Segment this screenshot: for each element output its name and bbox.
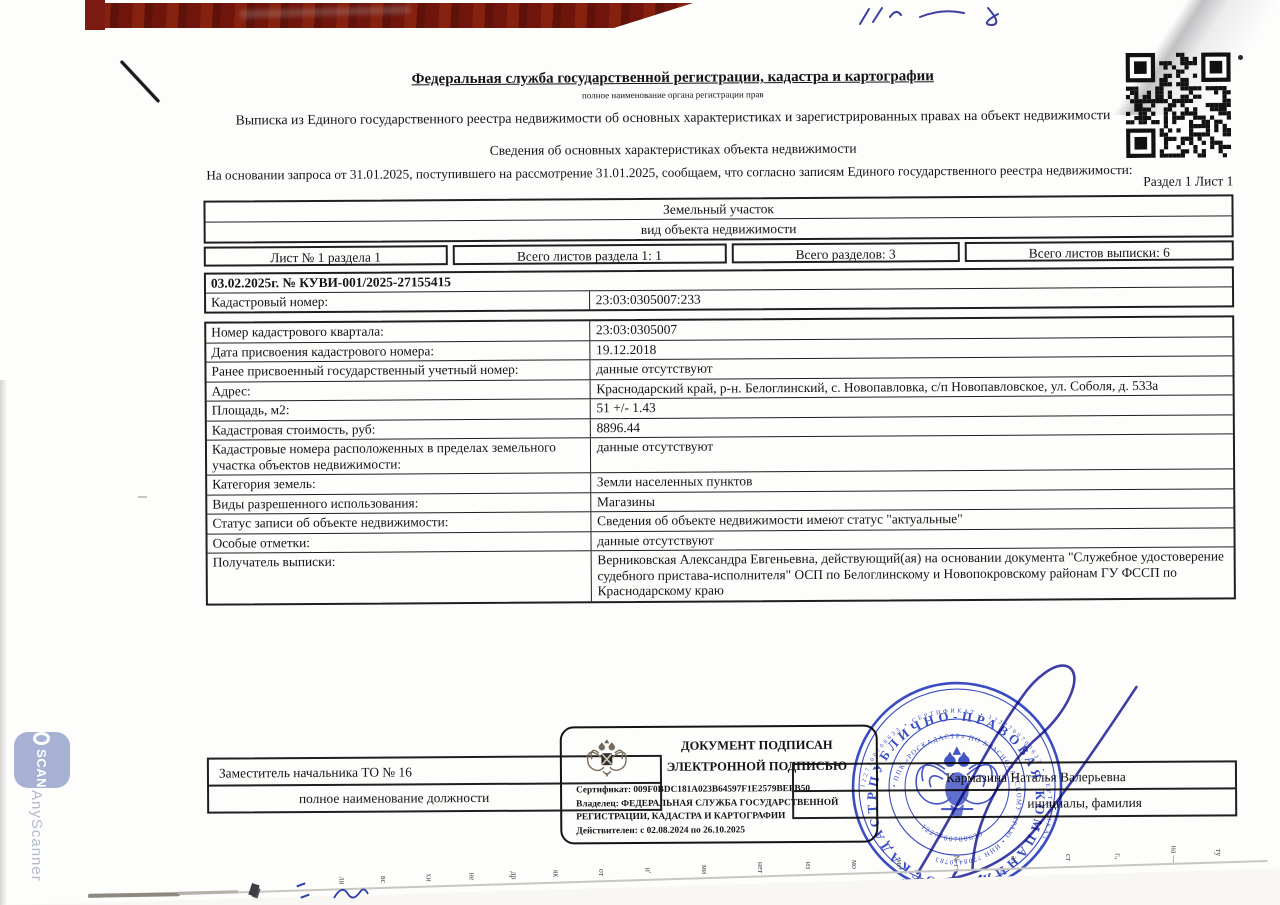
object-type-table: Земельный участок вид объекта недвижимос… xyxy=(203,194,1233,243)
agency-caption: полное наименование органа регистрации п… xyxy=(208,87,1138,103)
detail-label: Кадастровые номера расположенных в преде… xyxy=(207,438,591,474)
page-edge-text-fragment: вс xyxy=(379,876,388,883)
detail-label: Получатель выписки: xyxy=(208,551,592,603)
camera-ring-icon xyxy=(34,732,51,745)
detail-value: Земли населенных пунктов xyxy=(591,469,1233,491)
detail-value: 19.12.2018 xyxy=(590,337,1232,359)
page-edge-text-fragment: мо xyxy=(850,860,859,869)
sheet-info-cell: Лист № 1 раздела 1 xyxy=(204,245,448,266)
detail-label: Ранее присвоенный государственный учетны… xyxy=(206,360,590,381)
esign-validity: Действителен: с 02.08.2024 по 26.10.2025 xyxy=(576,824,868,839)
detail-value: Сведения об объекте недвижимости имеют с… xyxy=(591,508,1233,530)
detail-value: 23:03:0305007 xyxy=(590,317,1232,339)
sheet-info-cell: Всего разделов: 3 xyxy=(731,242,960,263)
anyscanner-logo-icon: SCAN xyxy=(14,732,70,788)
detail-label: Площадь, м2: xyxy=(207,399,591,420)
position-caption: полное наименование должности xyxy=(209,784,579,811)
document-subtitle: Сведения об основных характеристиках объ… xyxy=(208,139,1138,161)
page-edge-text-fragment: як xyxy=(551,870,560,878)
detail-value: Верниковская Александра Евгеньевна, дейс… xyxy=(591,547,1234,600)
esign-line1: ДОКУМЕНТ ПОДПИСАН xyxy=(652,738,862,754)
underlying-pages-edge: лявсхинедрякоти'минетизмоме№ галстг.,на … xyxy=(0,850,1280,905)
page-edge-text-fragment: ме xyxy=(895,859,904,868)
page-edge-text-fragment: ст xyxy=(1064,854,1073,861)
detail-value: Краснодарский край, р-н. Белоглинский, с… xyxy=(590,376,1232,398)
cadastral-number-label: Кадастровый номер: xyxy=(206,291,590,311)
page-edge-text-fragment: и' xyxy=(643,868,652,874)
esign-certificate: Сертификат: 009F0BDC181A023B64597F1E2579… xyxy=(576,783,868,798)
detail-value: данные отсутствуют xyxy=(591,528,1233,550)
anyscanner-watermark: AnyScanner xyxy=(28,790,45,882)
blue-scribble-fragment xyxy=(330,880,370,904)
table-row: Кадастровые номера расположенных в преде… xyxy=(207,433,1233,474)
detail-value: данные отсутствуют xyxy=(590,356,1232,378)
detail-value: 8896.44 xyxy=(591,415,1233,437)
details-table: Номер кадастрового квартала: 23:03:03050… xyxy=(204,315,1236,605)
page-edge-text-fragment: от xyxy=(597,869,606,876)
esign-line2: ЭЛЕКТРОННОЙ ПОДПИСЬЮ xyxy=(652,759,862,775)
scan-icon-label: SCAN xyxy=(35,749,50,788)
detail-label: Адрес: xyxy=(207,380,591,401)
page-edge-text-fragment: не xyxy=(467,873,476,881)
qr-code xyxy=(1126,52,1232,158)
document-sheet: Федеральная служба государственной регис… xyxy=(0,0,1280,905)
detail-value: данные отсутствуют xyxy=(591,434,1233,472)
cadastral-number-value: 23:03:0305007:233 xyxy=(590,287,1232,309)
agency-title: Федеральная служба государственной регис… xyxy=(208,67,1138,90)
page-edge-text-fragment: г., xyxy=(1114,853,1123,859)
table-row: Получатель выписки: Верниковская Алексан… xyxy=(208,546,1234,603)
sheet-info-cell: Всего листов раздела 1: 1 xyxy=(452,243,726,265)
detail-label: Дата присвоения кадастрового номера: xyxy=(206,341,590,362)
sheet-info-table: Лист № 1 раздела 1 Всего листов раздела … xyxy=(204,240,1234,266)
detail-label: Кадастровая стоимость, руб: xyxy=(207,419,591,440)
page-edge-text-fragment: ми xyxy=(700,865,709,874)
document-title: Выписка из Единого государственного реес… xyxy=(208,107,1138,129)
page-edge-text-fragment: ту xyxy=(1214,849,1223,856)
rosreestr-eagle-icon xyxy=(584,736,630,782)
page-edge-text-fragment: нет xyxy=(756,862,765,873)
detail-label: Виды разрешенного использования: xyxy=(207,493,591,514)
request-table: 03.02.2025г. № КУВИ-001/2025-27155415 Ка… xyxy=(204,266,1234,313)
esign-owner: Владелец: ФЕДЕРАЛЬНАЯ СЛУЖБА ГОСУДАРСТВЕ… xyxy=(576,797,868,825)
detail-label: Номер кадастрового квартала: xyxy=(206,321,590,342)
page-edge-text-fragment: на — xyxy=(1169,846,1178,864)
scanned-document-photo: Федеральная служба государственной регис… xyxy=(0,0,1280,905)
page-edge-text-fragment: др xyxy=(510,871,519,879)
sheet-info-cell: Всего листов выписки: 6 xyxy=(965,240,1234,262)
detail-label: Категория земель: xyxy=(207,473,591,494)
page-edge-text-fragment: № г xyxy=(952,855,961,868)
detail-value: Магазины xyxy=(591,489,1233,511)
page-edge-text-fragment: хи xyxy=(425,874,434,882)
page-edge-text-fragment: ал xyxy=(1009,856,1018,864)
electronic-signature-stamp: ДОКУМЕНТ ПОДПИСАН ЭЛЕКТРОННОЙ ПОДПИСЬЮ С… xyxy=(560,725,879,845)
page-edge-text-fragment: из xyxy=(804,862,813,869)
detail-label: Статус записи об объекте недвижимости: xyxy=(207,512,591,533)
detail-label: Особые отметки: xyxy=(207,532,591,553)
detail-value: 51 +/- 1.43 xyxy=(590,395,1232,417)
